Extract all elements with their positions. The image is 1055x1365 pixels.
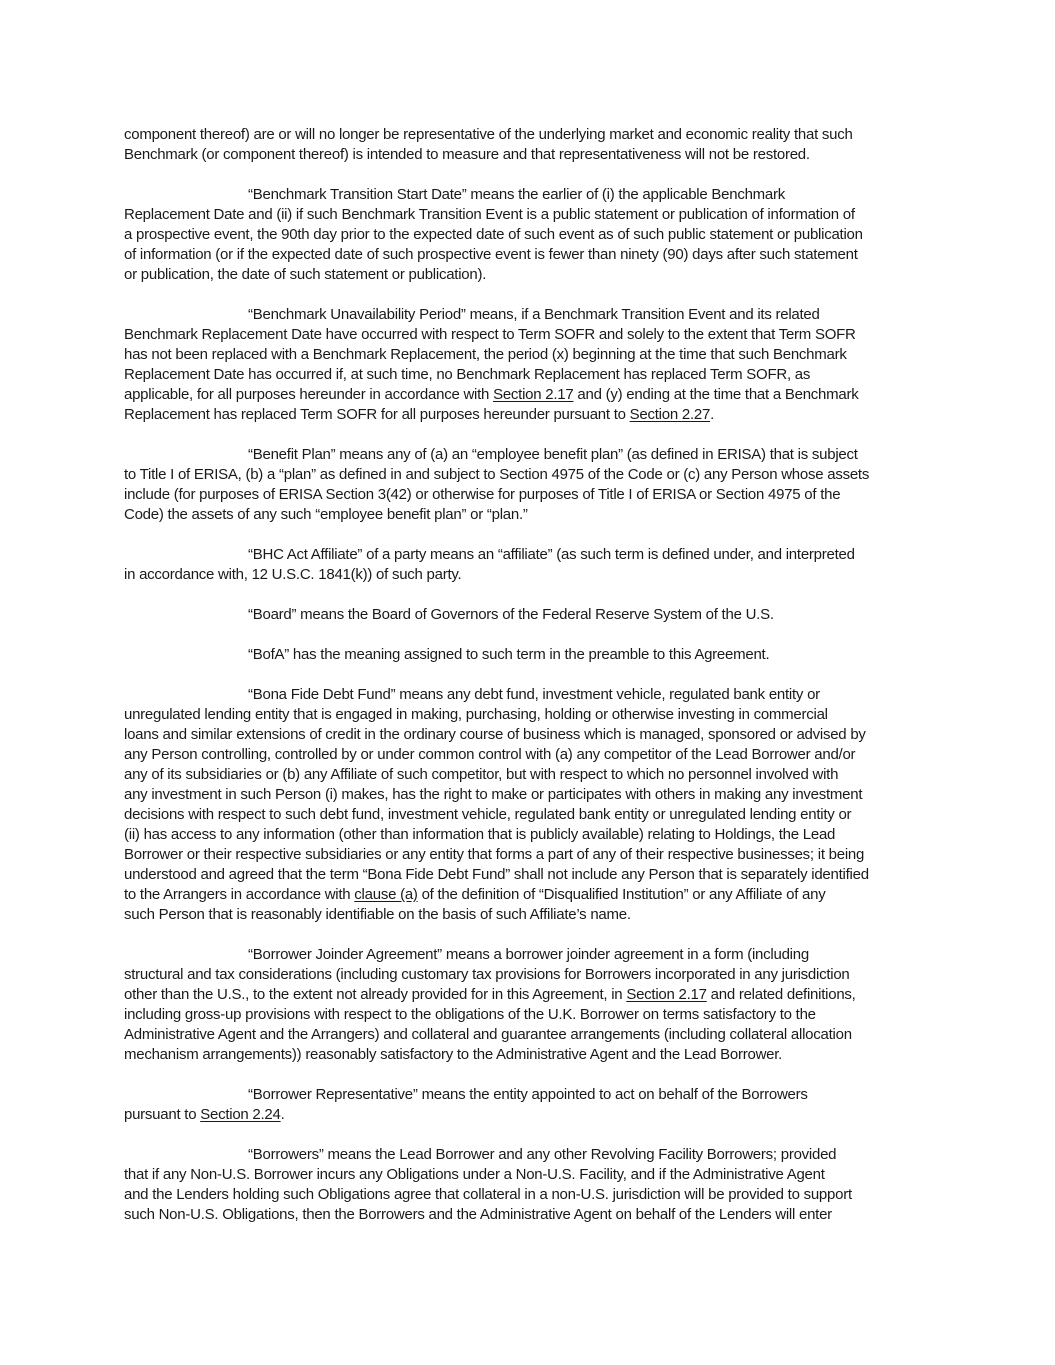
text-run: unregulated lending entity that is engag… [124, 706, 828, 723]
text-line: “Benchmark Unavailability Period” means,… [124, 305, 934, 325]
text-line: applicable, for all purposes hereunder i… [124, 385, 934, 405]
cross-reference-link[interactable]: Section 2.17 [626, 986, 706, 1003]
text-line: or publication, the date of such stateme… [124, 265, 934, 285]
text-run: “Borrowers” means the Lead Borrower and … [248, 1146, 836, 1163]
text-line: Benchmark (or component thereof) is inte… [124, 145, 934, 165]
text-line: to Title I of ERISA, (b) a “plan” as def… [124, 465, 934, 485]
cross-reference-link[interactable]: clause (a) [354, 886, 417, 903]
text-run: . [710, 406, 714, 423]
text-line: “Borrower Joinder Agreement” means a bor… [124, 945, 934, 965]
text-run: such Non-U.S. Obligations, then the Borr… [124, 1206, 832, 1223]
text-line: Administrative Agent and the Arrangers) … [124, 1025, 934, 1045]
text-run: Code) the assets of any such “employee b… [124, 506, 528, 523]
text-run: Borrower or their respective subsidiarie… [124, 846, 864, 863]
text-run: of the definition of “Disqualified Insti… [418, 886, 826, 903]
text-run: (ii) has access to any information (othe… [124, 826, 835, 843]
text-line: Borrower or their respective subsidiarie… [124, 845, 934, 865]
text-line: and the Lenders holding such Obligations… [124, 1185, 934, 1205]
text-line: include (for purposes of ERISA Section 3… [124, 485, 934, 505]
text-run: “BofA” has the meaning assigned to such … [248, 646, 769, 663]
text-line: Replacement Date has occurred if, at suc… [124, 365, 934, 385]
definition-paragraph-bona-fide-debt-fund: “Bona Fide Debt Fund” means any debt fun… [124, 685, 934, 925]
cross-reference-link[interactable]: Section 2.27 [630, 406, 710, 423]
definition-paragraph-borrower-representative: “Borrower Representative” means the enti… [124, 1085, 934, 1125]
cross-reference-link[interactable]: Section 2.24 [200, 1106, 280, 1123]
text-run: has not been replaced with a Benchmark R… [124, 346, 847, 363]
text-run: Replacement Date has occurred if, at suc… [124, 366, 810, 383]
text-run: Benchmark Replacement Date have occurred… [124, 326, 856, 343]
text-line: of information (or if the expected date … [124, 245, 934, 265]
text-run: “Benchmark Transition Start Date” means … [248, 186, 785, 203]
text-run: to Title I of ERISA, (b) a “plan” as def… [124, 466, 869, 483]
text-line: such Person that is reasonably identifia… [124, 905, 934, 925]
text-line: decisions with respect to such debt fund… [124, 805, 934, 825]
text-run: decisions with respect to such debt fund… [124, 806, 851, 823]
text-line: “Board” means the Board of Governors of … [124, 605, 934, 625]
text-run: component thereof) are or will no longer… [124, 126, 853, 143]
document-page: component thereof) are or will no longer… [0, 0, 1055, 1365]
text-run: applicable, for all purposes hereunder i… [124, 386, 493, 403]
text-line: “Borrowers” means the Lead Borrower and … [124, 1145, 934, 1165]
text-line: any of its subsidiaries or (b) any Affil… [124, 765, 934, 785]
text-line: structural and tax considerations (inclu… [124, 965, 934, 985]
text-line: mechanism arrangements)) reasonably sati… [124, 1045, 934, 1065]
text-line: component thereof) are or will no longer… [124, 125, 934, 145]
definition-paragraph-continuation: component thereof) are or will no longer… [124, 125, 934, 165]
text-line: Replacement Date and (ii) if such Benchm… [124, 205, 934, 225]
text-run: Administrative Agent and the Arrangers) … [124, 1026, 852, 1043]
text-run: that if any Non-U.S. Borrower incurs any… [124, 1166, 825, 1183]
text-run: such Person that is reasonably identifia… [124, 906, 631, 923]
text-run: “Borrower Representative” means the enti… [248, 1086, 808, 1103]
text-run: . [281, 1106, 285, 1123]
text-run: to the Arrangers in accordance with [124, 886, 354, 903]
text-run: “Benefit Plan” means any of (a) an “empl… [248, 446, 858, 463]
text-run: and (y) ending at the time that a Benchm… [573, 386, 858, 403]
definition-paragraph-benefit-plan: “Benefit Plan” means any of (a) an “empl… [124, 445, 934, 525]
text-line: unregulated lending entity that is engag… [124, 705, 934, 725]
definition-paragraph-borrowers: “Borrowers” means the Lead Borrower and … [124, 1145, 934, 1225]
document-body: component thereof) are or will no longer… [124, 125, 934, 1245]
text-run: structural and tax considerations (inclu… [124, 966, 850, 983]
definition-paragraph-borrower-joinder-agreement: “Borrower Joinder Agreement” means a bor… [124, 945, 934, 1065]
text-run: pursuant to [124, 1106, 200, 1123]
text-run: including gross-up provisions with respe… [124, 1006, 816, 1023]
text-run: “Benchmark Unavailability Period” means,… [248, 306, 820, 323]
text-line: any Person controlling, controlled by or… [124, 745, 934, 765]
text-line: Code) the assets of any such “employee b… [124, 505, 934, 525]
definition-paragraph-bofa: “BofA” has the meaning assigned to such … [124, 645, 934, 665]
definition-paragraph-board: “Board” means the Board of Governors of … [124, 605, 934, 625]
definition-paragraph-benchmark-unavailability-period: “Benchmark Unavailability Period” means,… [124, 305, 934, 425]
text-run: in accordance with, 12 U.S.C. 1841(k)) o… [124, 566, 461, 583]
text-run: any of its subsidiaries or (b) any Affil… [124, 766, 838, 783]
text-line: “BHC Act Affiliate” of a party means an … [124, 545, 934, 565]
text-run: “Board” means the Board of Governors of … [248, 606, 774, 623]
text-line: a prospective event, the 90th day prior … [124, 225, 934, 245]
text-run: any investment in such Person (i) makes,… [124, 786, 862, 803]
text-run: and the Lenders holding such Obligations… [124, 1186, 852, 1203]
text-line: “BofA” has the meaning assigned to such … [124, 645, 934, 665]
text-line: Benchmark Replacement Date have occurred… [124, 325, 934, 345]
text-line: including gross-up provisions with respe… [124, 1005, 934, 1025]
text-line: “Benchmark Transition Start Date” means … [124, 185, 934, 205]
text-line: loans and similar extensions of credit i… [124, 725, 934, 745]
text-run: Replacement Date and (ii) if such Benchm… [124, 206, 855, 223]
text-line: (ii) has access to any information (othe… [124, 825, 934, 845]
text-run: or publication, the date of such stateme… [124, 266, 486, 283]
text-line: pursuant to Section 2.24. [124, 1105, 934, 1125]
text-run: “BHC Act Affiliate” of a party means an … [248, 546, 855, 563]
text-line: such Non-U.S. Obligations, then the Borr… [124, 1205, 934, 1225]
text-run: a prospective event, the 90th day prior … [124, 226, 863, 243]
text-run: mechanism arrangements)) reasonably sati… [124, 1046, 782, 1063]
text-run: any Person controlling, controlled by or… [124, 746, 855, 763]
text-run: understood and agreed that the term “Bon… [124, 866, 869, 883]
text-line: has not been replaced with a Benchmark R… [124, 345, 934, 365]
text-run: of information (or if the expected date … [124, 246, 858, 263]
text-run: other than the U.S., to the extent not a… [124, 986, 626, 1003]
text-line: to the Arrangers in accordance with clau… [124, 885, 934, 905]
definition-paragraph-benchmark-transition-start-date: “Benchmark Transition Start Date” means … [124, 185, 934, 285]
text-line: any investment in such Person (i) makes,… [124, 785, 934, 805]
text-run: include (for purposes of ERISA Section 3… [124, 486, 840, 503]
text-run: and related definitions, [707, 986, 856, 1003]
text-line: in accordance with, 12 U.S.C. 1841(k)) o… [124, 565, 934, 585]
text-line: understood and agreed that the term “Bon… [124, 865, 934, 885]
cross-reference-link[interactable]: Section 2.17 [493, 386, 573, 403]
text-line: “Benefit Plan” means any of (a) an “empl… [124, 445, 934, 465]
text-line: “Borrower Representative” means the enti… [124, 1085, 934, 1105]
text-line: Replacement has replaced Term SOFR for a… [124, 405, 934, 425]
text-run: “Bona Fide Debt Fund” means any debt fun… [248, 686, 820, 703]
text-line: other than the U.S., to the extent not a… [124, 985, 934, 1005]
text-run: Benchmark (or component thereof) is inte… [124, 146, 810, 163]
text-run: “Borrower Joinder Agreement” means a bor… [248, 946, 809, 963]
text-line: “Bona Fide Debt Fund” means any debt fun… [124, 685, 934, 705]
text-line: that if any Non-U.S. Borrower incurs any… [124, 1165, 934, 1185]
text-run: loans and similar extensions of credit i… [124, 726, 866, 743]
text-run: Replacement has replaced Term SOFR for a… [124, 406, 630, 423]
definition-paragraph-bhc-act-affiliate: “BHC Act Affiliate” of a party means an … [124, 545, 934, 585]
